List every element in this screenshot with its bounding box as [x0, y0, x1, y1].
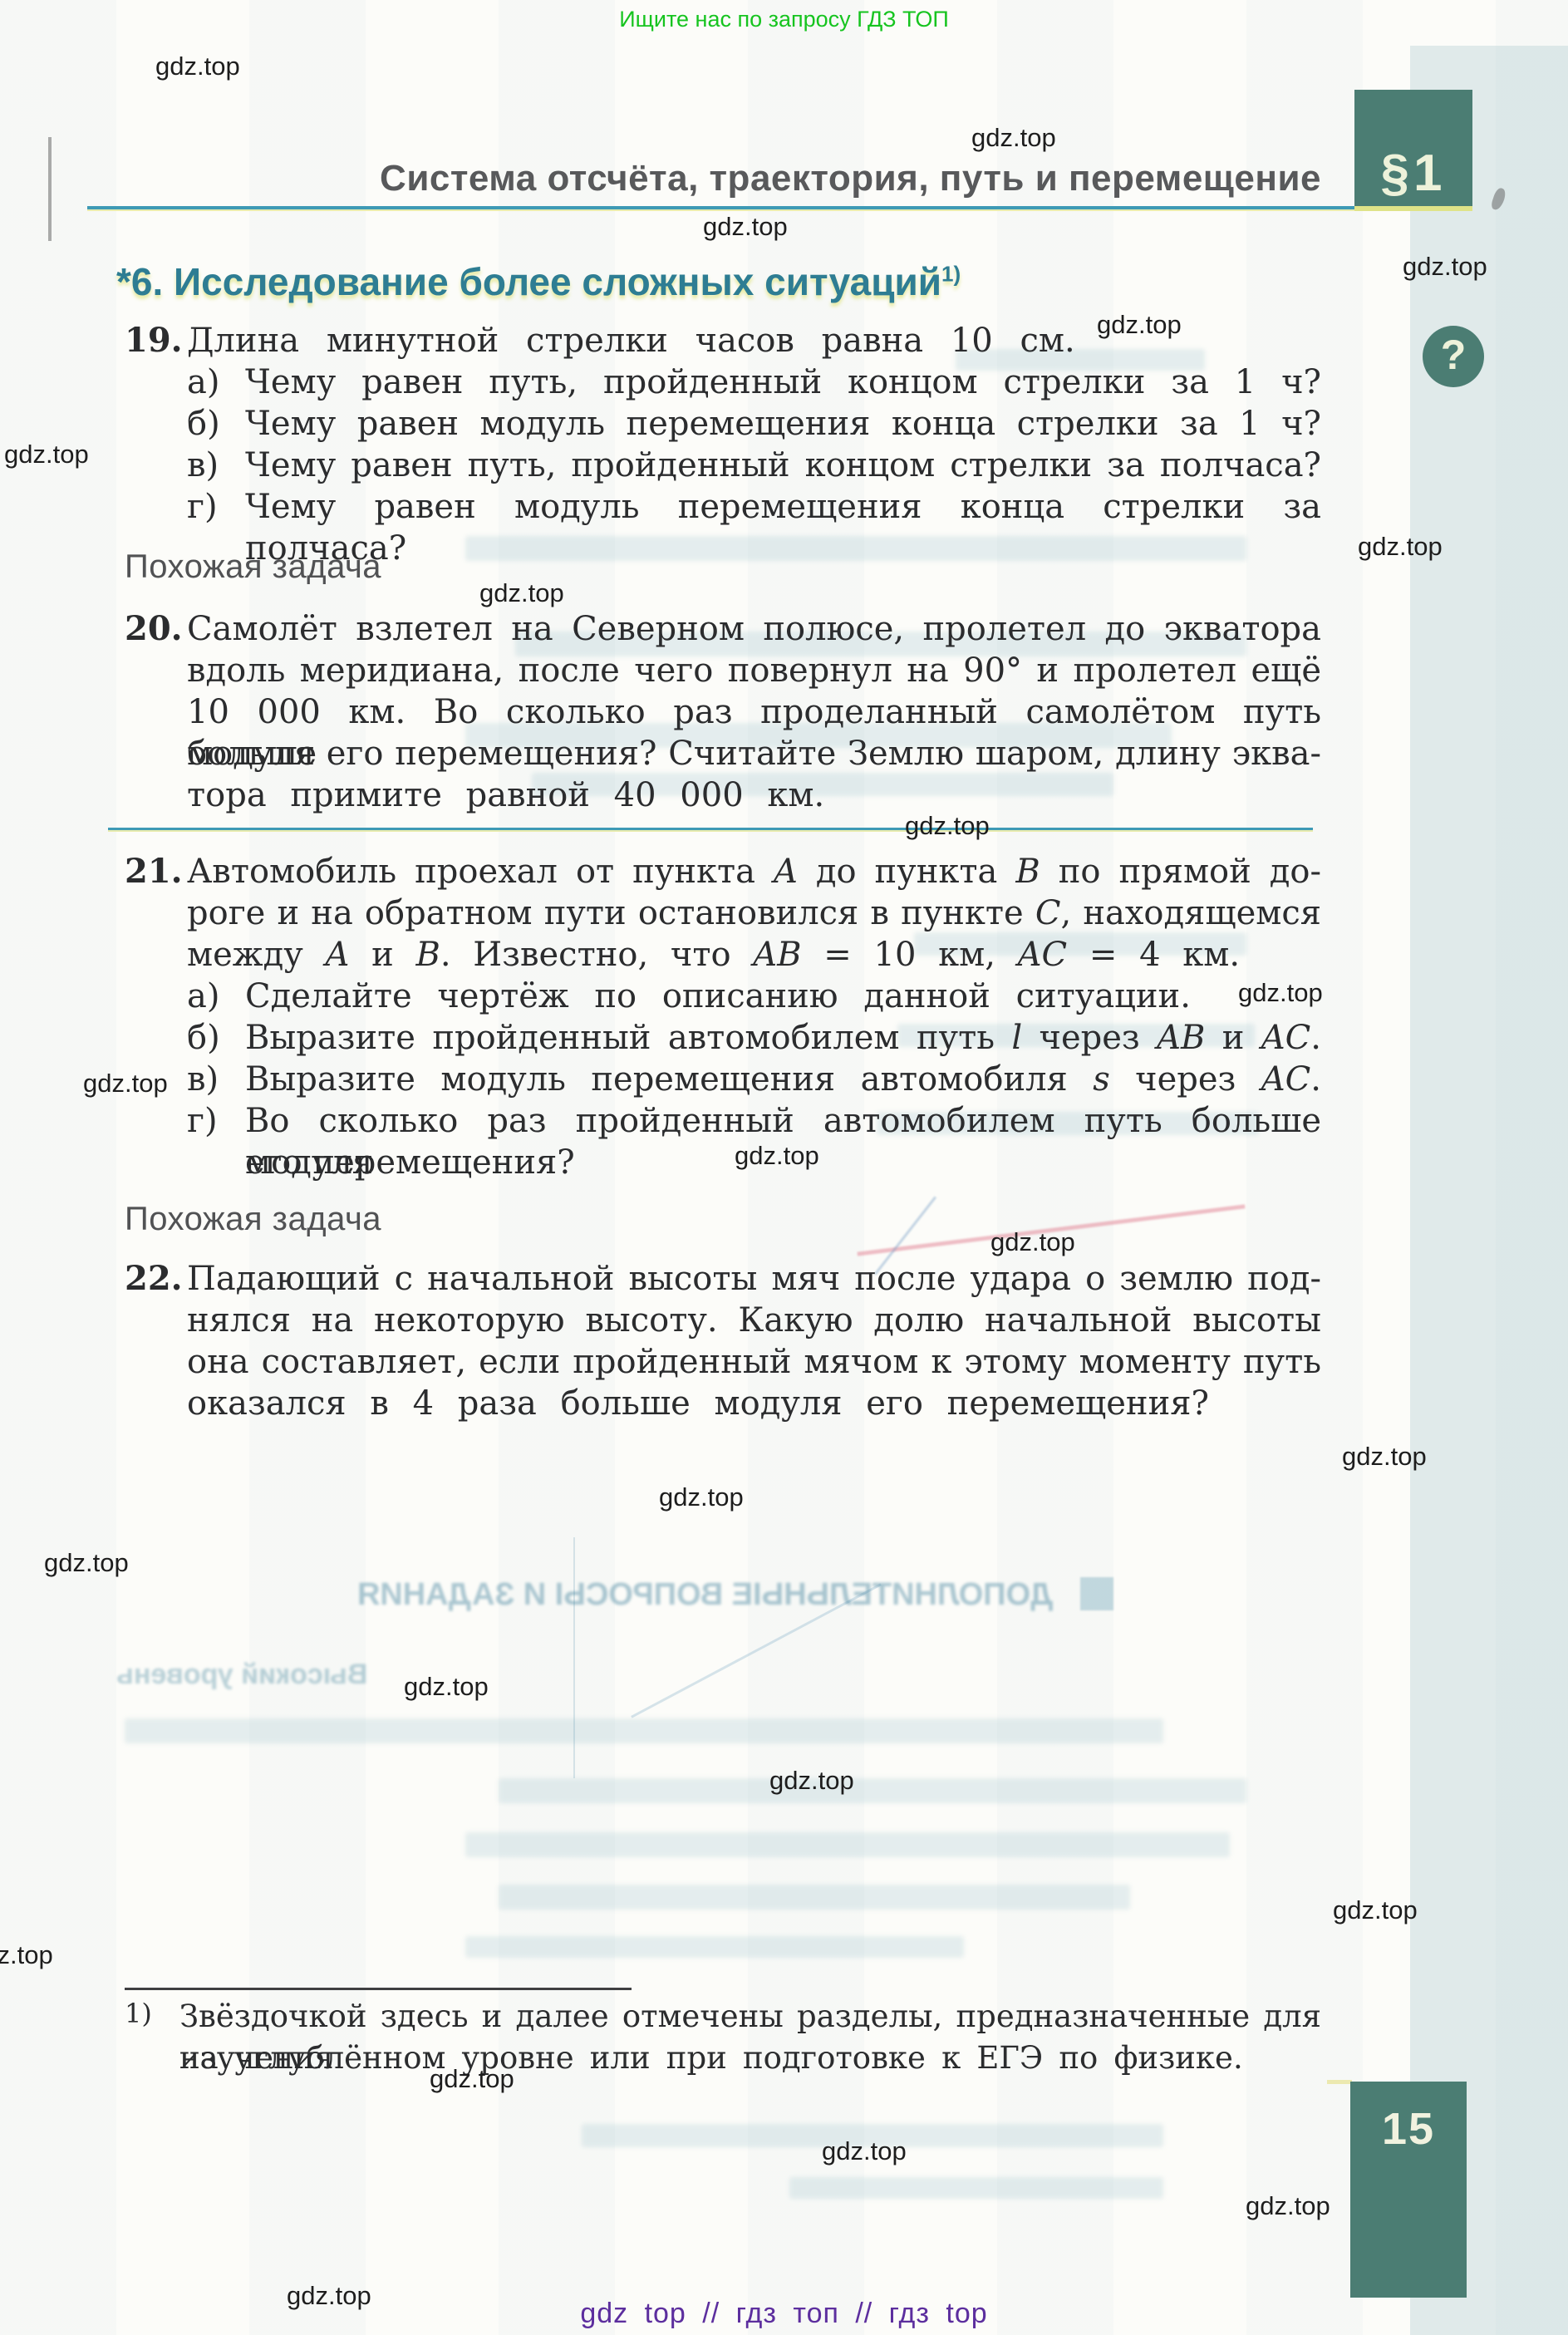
- scanned-textbook-page: ДОПОЛНИТЕЛЬНЫЕ ВОПРОСЫ И ЗАДАНИЯ Высокий…: [0, 0, 1568, 2335]
- watermark: gdz.top: [1358, 532, 1443, 562]
- problem-text-line: Падающий с начальной высоты мяч после уд…: [187, 1258, 1321, 1300]
- footnote-rule: [125, 1988, 632, 1990]
- item-label: а): [187, 976, 245, 1017]
- footnote-line: на углублённом уровне или при подготовке…: [179, 2038, 1321, 2079]
- section-badge: §1: [1354, 90, 1472, 211]
- ghost-strip: [125, 1718, 1163, 1743]
- question-icon: ?: [1423, 326, 1484, 387]
- item-text: Выразите модуль перемещения автомобиля s…: [245, 1059, 1321, 1100]
- problem-text-line: тора примите равной 40 000 км.: [187, 774, 1321, 816]
- problem-text-line: вдоль меридиана, после чего повернул на …: [187, 650, 1321, 691]
- watermark: gdz.top: [479, 578, 564, 608]
- problem-text-line: роге и на обратном пути остановился в пу…: [187, 892, 1321, 934]
- page-number-box: 15: [1350, 2082, 1467, 2298]
- watermark: gdz.top: [1403, 252, 1487, 282]
- problem-19: 19. Длина минутной стрелки часов равна 1…: [125, 320, 1321, 528]
- problem-21: 21. Автомобиль проехал от пункта A до пу…: [125, 851, 1321, 1183]
- problem-20: 20. Самолёт взлетел на Северном полюсе, …: [125, 608, 1321, 816]
- problem-22: 22. Падающий с начальной высоты мяч посл…: [125, 1258, 1321, 1424]
- watermark: gdz.top: [905, 811, 990, 841]
- watermark: gdz.top: [0, 1940, 53, 1970]
- site-banner: Ищите нас по запросу ГДЗ ТОП: [619, 7, 949, 32]
- ghost-strip: [465, 1936, 964, 1958]
- watermark: gdz.top: [1333, 1895, 1418, 1925]
- item-label: б): [187, 1017, 245, 1059]
- section-badge-label: §1: [1381, 144, 1447, 203]
- item-text: Чему равен путь, пройденный концом стрел…: [245, 361, 1321, 403]
- header-rule: [87, 206, 1354, 211]
- item-text-line: Во сколько раз пройденный автомобилем пу…: [245, 1100, 1321, 1142]
- ghost-square: [1080, 1577, 1113, 1610]
- problem-text-line: между A и B. Известно, что AB = 10 км, A…: [187, 934, 1321, 976]
- page-box-tab: [1327, 2080, 1352, 2084]
- watermark: gdz.top: [4, 440, 89, 469]
- footnote-marker: 1): [125, 1993, 152, 2034]
- scan-edge-mark: [48, 137, 52, 241]
- item-text: Сделайте чертёж по описанию данной ситуа…: [245, 976, 1321, 1017]
- watermark: gdz.top: [155, 52, 240, 81]
- watermark: gdz.top: [703, 212, 788, 242]
- item-label: в): [187, 445, 245, 486]
- bleedthrough-heading: ДОПОЛНИТЕЛЬНЫЕ ВОПРОСЫ И ЗАДАНИЯ: [357, 1577, 1053, 1613]
- section-divider: [108, 828, 1313, 832]
- footnote: 1) Звёздочкой здесь и далее отмечены раз…: [125, 1996, 1321, 2079]
- watermark: gdz.top: [83, 1069, 168, 1099]
- ghost-strip: [789, 2177, 1163, 2199]
- watermark: gdz.top: [1238, 978, 1323, 1008]
- watermark: gdz.top: [822, 2136, 907, 2166]
- watermark: gdz.top: [430, 2064, 514, 2094]
- paragraph-number: *6.: [116, 260, 163, 303]
- page-margin-strip: [1410, 46, 1568, 2335]
- item-text: Выразите пройденный автомобилем путь l ч…: [245, 1017, 1321, 1059]
- problem-item: б)Выразите пройденный автомобилем путь l…: [187, 1017, 1321, 1059]
- paragraph-title-text: Исследование более сложных ситуаций: [174, 260, 941, 303]
- problem-text-line: Автомобиль проехал от пункта A до пункта…: [187, 851, 1321, 892]
- problem-item: в)Выразите модуль перемещения автомобиля…: [187, 1059, 1321, 1100]
- bleedthrough-subheading: Высокий уровень: [116, 1659, 367, 1691]
- problem-item: в)Чему равен путь, пройденный концом стр…: [187, 445, 1321, 486]
- problem-number: 22.: [125, 1258, 183, 1300]
- problem-item: г)Чему равен модуль перемещения конца ст…: [187, 486, 1321, 528]
- problem-number: 19.: [125, 320, 183, 361]
- paragraph-title: *6. Исследование более сложных ситуаций1…: [116, 259, 961, 304]
- ghost-strip: [499, 1778, 1246, 1803]
- watermark: gdz.top: [659, 1482, 744, 1512]
- problem-text-line: нялся на некоторую высоту. Какую долю на…: [187, 1300, 1321, 1341]
- question-mark-glyph: ?: [1441, 331, 1467, 379]
- watermark: gdz.top: [971, 123, 1056, 153]
- watermark: gdz.top: [735, 1141, 819, 1171]
- problem-text-line: модуля его перемещения? Считайте Землю ш…: [187, 733, 1321, 774]
- watermark: gdz.top: [1097, 310, 1182, 340]
- problem-text-line: 10 000 км. Во сколько раз проделанный са…: [187, 691, 1321, 733]
- problem-item: б)Чему равен модуль перемещения конца ст…: [187, 403, 1321, 445]
- problem-text-line: оказался в 4 раза больше модуля его пере…: [187, 1383, 1321, 1424]
- ghost-strip: [465, 536, 1246, 561]
- problem-text-line: Самолёт взлетел на Северном полюсе, прол…: [187, 608, 1321, 650]
- item-text: Чему равен модуль перемещения конца стре…: [245, 403, 1321, 445]
- ghost-strip: [499, 1885, 1130, 1910]
- watermark: gdz.top: [1342, 1442, 1427, 1472]
- watermark: gdz.top: [44, 1548, 129, 1578]
- page-number: 15: [1382, 2103, 1435, 2298]
- item-label: г): [187, 1100, 245, 1183]
- site-footer: gdz top // гдз топ // гдз top: [580, 2298, 987, 2330]
- problem-item: а)Чему равен путь, пройденный концом стр…: [187, 361, 1321, 403]
- similar-task-label: Похожая задача: [125, 548, 381, 586]
- problem-number: 21.: [125, 851, 183, 892]
- problem-text-line: она составляет, если пройденный мячом к …: [187, 1341, 1321, 1383]
- item-label: б): [187, 403, 245, 445]
- watermark: gdz.top: [769, 1766, 854, 1796]
- item-text: Чему равен путь, пройденный концом стрел…: [245, 445, 1321, 486]
- footnote-line: Звёздочкой здесь и далее отмечены раздел…: [179, 1996, 1321, 2038]
- problem-item: а)Сделайте чертёж по описанию данной сит…: [187, 976, 1321, 1017]
- running-head: Система отсчёта, траектория, путь и пере…: [249, 158, 1321, 199]
- item-label: г): [187, 486, 245, 528]
- footnote-ref: 1): [941, 262, 961, 287]
- item-label: а): [187, 361, 245, 403]
- similar-task-label: Похожая задача: [125, 1201, 381, 1238]
- ghost-strip: [465, 1832, 1230, 1857]
- watermark: gdz.top: [287, 2281, 371, 2311]
- watermark: gdz.top: [990, 1227, 1075, 1257]
- item-text: Чему равен модуль перемещения конца стре…: [245, 486, 1321, 528]
- item-label: в): [187, 1059, 245, 1100]
- problem-number: 20.: [125, 608, 183, 650]
- watermark: gdz.top: [404, 1672, 489, 1702]
- watermark: gdz.top: [1246, 2191, 1330, 2221]
